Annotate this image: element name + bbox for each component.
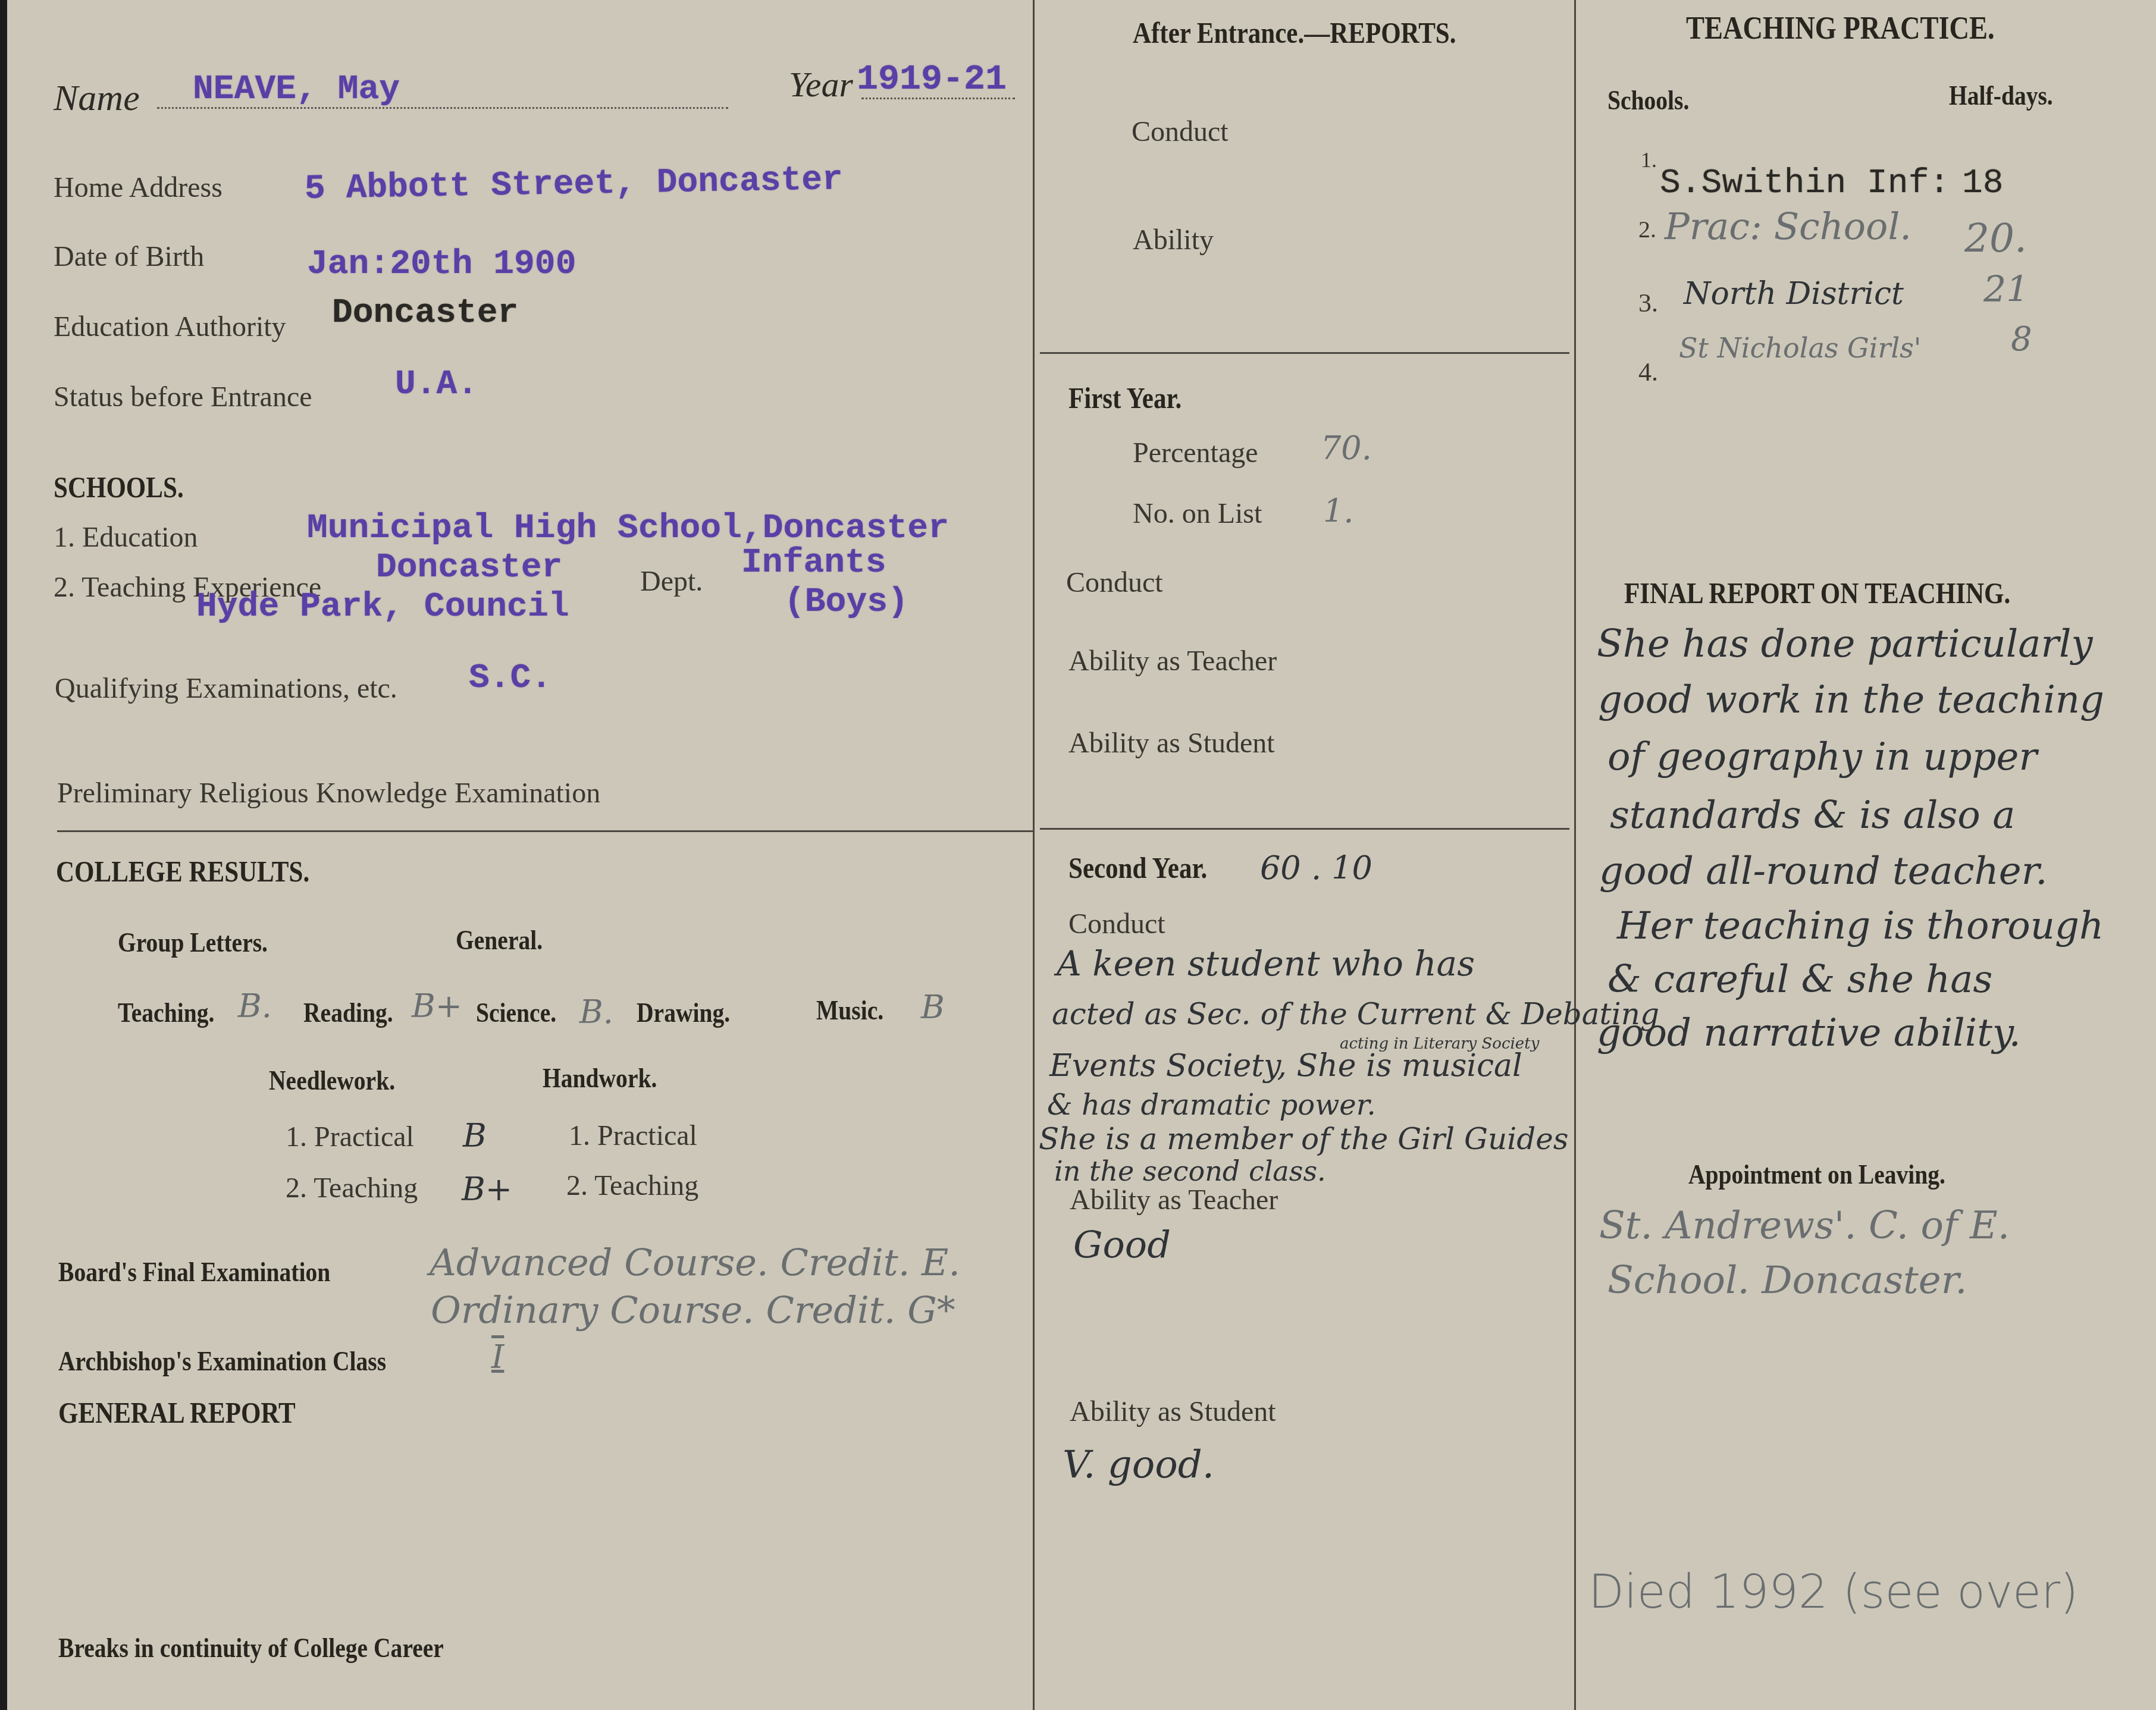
- conduct-line-5: She is a member of the Girl Guides: [1039, 1122, 1568, 1156]
- needlework-practical-value: B: [463, 1117, 487, 1154]
- handwork-label: Handwork.: [543, 1062, 657, 1094]
- education-label: 1. Education: [54, 521, 198, 554]
- final-report-line-5: good all-round teacher.: [1599, 849, 2048, 893]
- science-grade-label: Science.: [476, 997, 556, 1028]
- year-label: Year: [789, 64, 853, 105]
- needlework-label: Needlework.: [269, 1065, 395, 1096]
- tp-halfdays-label: Half-days.: [1949, 80, 2053, 111]
- tp-entry-4-num: 4.: [1638, 357, 1658, 387]
- status-label: Status before Entrance: [54, 381, 312, 413]
- conduct-line-6: in the second class.: [1054, 1155, 1326, 1187]
- final-report-line-3: of geography in upper: [1607, 735, 2037, 779]
- percentage-label: Percentage: [1133, 437, 1258, 469]
- prelim-religious-label: Preliminary Religious Knowledge Examinat…: [57, 777, 600, 809]
- tp-schools-label: Schools.: [1607, 84, 1689, 116]
- general-label: General.: [456, 924, 543, 956]
- student-record-card: Name NEAVE, May Year 1919-21 Home Addres…: [0, 0, 2156, 1710]
- died-note: Died 1992 (see over): [1588, 1565, 2079, 1619]
- second-year-conduct-label: Conduct: [1068, 908, 1165, 940]
- second-year-ability-teacher-value: Good: [1073, 1223, 1171, 1266]
- tp-entry-2-num: 2.: [1638, 215, 1656, 243]
- no-on-list-value: 1.: [1323, 492, 1354, 530]
- needlework-practical-label: 1. Practical: [286, 1121, 414, 1153]
- conduct-line-2: acted as Sec. of the Current & Debating: [1052, 997, 1659, 1031]
- conduct-line-4: & has dramatic power.: [1047, 1088, 1376, 1122]
- archbishop-value: I: [491, 1338, 504, 1376]
- tp-entry-4-school: St Nicholas Girls': [1679, 332, 1921, 364]
- qualifying-label: Qualifying Examinations, etc.: [55, 672, 397, 705]
- schools-heading: SCHOOLS.: [54, 470, 184, 504]
- hand-practical-label: 1. Practical: [569, 1119, 697, 1152]
- education-authority-value: Doncaster: [332, 294, 518, 332]
- education-authority-label: Education Authority: [54, 310, 286, 343]
- archbishop-label: Archbishop's Examination Class: [58, 1345, 386, 1377]
- tp-entry-1-school: S.Swithin Inf:: [1660, 164, 1950, 203]
- reports-divider-1: [1040, 352, 1569, 354]
- hand-teaching-label: 2. Teaching: [566, 1169, 698, 1202]
- first-year-ability-teacher-label: Ability as Teacher: [1068, 645, 1277, 677]
- tp-entry-2-school: Prac: School.: [1665, 205, 1911, 248]
- boards-final-value-1: Advanced Course. Credit. E.: [430, 1241, 960, 1284]
- final-report-heading: FINAL REPORT ON TEACHING.: [1624, 576, 2010, 610]
- general-report-heading: GENERAL REPORT: [58, 1395, 296, 1430]
- music-grade-label: Music.: [816, 994, 883, 1026]
- second-year-ability-student-label: Ability as Student: [1070, 1395, 1276, 1428]
- final-report-line-1: She has done particularly: [1597, 622, 2093, 666]
- dept-value-2: (Boys): [784, 583, 908, 622]
- dept-value-1: Infants: [741, 544, 886, 582]
- reports-divider-2: [1040, 828, 1569, 830]
- appointment-line-1: St. Andrews'. C. of E.: [1599, 1204, 2010, 1248]
- boards-final-value-2: Ordinary Course. Credit. G*: [431, 1288, 955, 1332]
- final-report-line-8: good narrative ability.: [1597, 1011, 2021, 1055]
- science-grade-value: B.: [579, 993, 613, 1031]
- needlework-teaching-value: B+: [462, 1171, 512, 1208]
- second-year-marks: 60 . 10: [1260, 849, 1372, 887]
- conduct-line-1: A keen student who has: [1057, 943, 1475, 984]
- drawing-grade-label: Drawing.: [637, 997, 730, 1028]
- second-year-heading: Second Year.: [1068, 851, 1207, 885]
- first-year-heading: First Year.: [1068, 381, 1182, 415]
- first-year-conduct-label: Conduct: [1066, 566, 1163, 599]
- education-value: Municipal High School,Doncaster: [307, 509, 949, 548]
- after-entrance-ability-label: Ability: [1133, 224, 1214, 256]
- no-on-list-label: No. on List: [1133, 497, 1262, 530]
- after-entrance-conduct-label: Conduct: [1132, 115, 1229, 148]
- conduct-line-3: Events Society, She is musical: [1049, 1048, 1522, 1084]
- dob-value: Jan:20th 1900: [307, 245, 576, 284]
- college-results-heading: COLLEGE RESULTS.: [56, 854, 309, 889]
- reading-grade-value: B+: [412, 987, 462, 1025]
- teaching-experience-value-1: Doncaster: [376, 548, 562, 587]
- name-label: Name: [54, 77, 140, 120]
- tp-entry-3-halfdays: 21: [1983, 269, 2029, 310]
- teaching-experience-value-2: Hyde Park, Council: [196, 588, 569, 626]
- tp-entry-2-halfdays: 20.: [1964, 215, 2027, 261]
- dept-label: Dept.: [640, 565, 703, 598]
- tp-entry-3-school: North District: [1684, 276, 1904, 312]
- percentage-value: 70.: [1321, 429, 1372, 467]
- reading-grade-label: Reading.: [303, 997, 393, 1028]
- final-report-line-7: & careful & she has: [1607, 958, 1992, 1002]
- column-divider-left: [1033, 0, 1035, 1710]
- tp-entry-1-halfdays: 18: [1962, 164, 2004, 203]
- appointment-line-2: School. Doncaster.: [1607, 1259, 1967, 1303]
- left-section-divider: [57, 830, 1033, 832]
- teaching-grade-value: B.: [238, 987, 272, 1025]
- teaching-practice-heading: TEACHING PRACTICE.: [1686, 10, 1995, 46]
- home-address-label: Home Address: [54, 171, 223, 204]
- tp-entry-1-num: 1.: [1641, 148, 1657, 172]
- first-year-ability-student-label: Ability as Student: [1068, 727, 1275, 760]
- tp-entry-4-halfdays: 8: [2011, 320, 2032, 359]
- reports-heading: After Entrance.—REPORTS.: [1133, 15, 1456, 50]
- column-divider-right: [1574, 0, 1576, 1710]
- final-report-line-6: Her teaching is thorough: [1617, 904, 2104, 948]
- appointment-heading: Appointment on Leaving.: [1688, 1159, 1945, 1190]
- music-grade-value: B: [921, 989, 945, 1026]
- teaching-grade-label: Teaching.: [118, 997, 214, 1028]
- final-report-line-4: standards & is also a: [1610, 793, 2015, 837]
- status-value: U.A.: [395, 365, 478, 404]
- dob-label: Date of Birth: [54, 240, 204, 273]
- needlework-teaching-label: 2. Teaching: [286, 1172, 418, 1204]
- tp-entry-3-num: 3.: [1638, 288, 1658, 318]
- second-year-ability-student-value: V. good.: [1063, 1443, 1214, 1487]
- name-value: NEAVE, May: [193, 70, 400, 109]
- home-address-value: 5 Abbott Street, Doncaster: [305, 161, 844, 209]
- breaks-label: Breaks in continuity of College Career: [58, 1632, 444, 1664]
- year-value: 1919-21: [857, 59, 1007, 100]
- second-year-ability-teacher-label: Ability as Teacher: [1070, 1184, 1278, 1216]
- group-letters-label: Group Letters.: [118, 927, 268, 958]
- qualifying-value: S.C.: [469, 659, 551, 698]
- boards-final-label: Board's Final Examination: [58, 1256, 330, 1288]
- final-report-line-2: good work in the teaching: [1598, 678, 2104, 722]
